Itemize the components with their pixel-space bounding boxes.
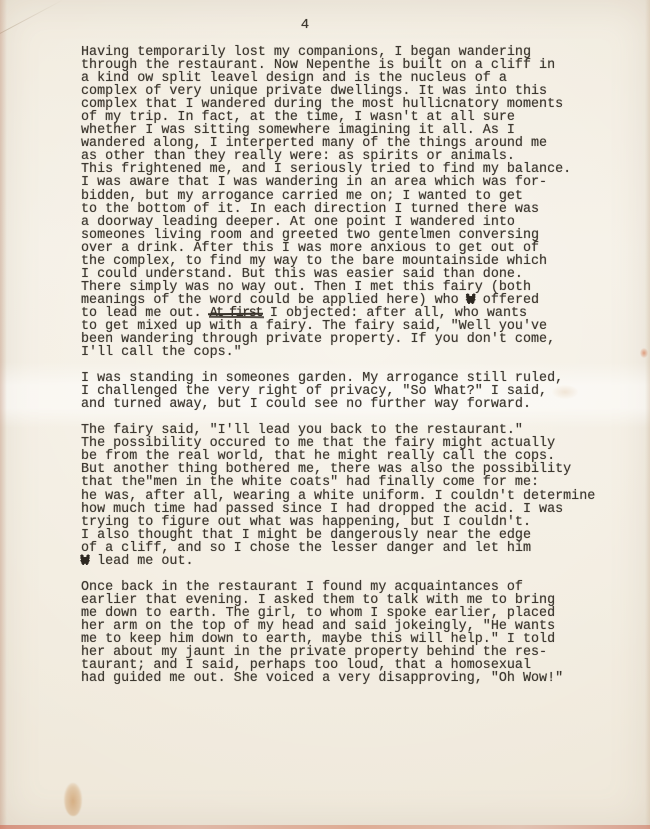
paragraph: Having temporarily lost my companions, I… bbox=[81, 46, 632, 359]
text-line: someones living room and greeted two gen… bbox=[81, 229, 632, 242]
text-line: her arm on the top of my head and said j… bbox=[81, 620, 632, 633]
struck-out-text: At first bbox=[210, 307, 262, 320]
document-body: Having temporarily lost my companions, I… bbox=[81, 46, 632, 698]
text-line: the complex, to find my way to the bare … bbox=[81, 255, 632, 268]
text-line: ₩ lead me out. bbox=[81, 555, 632, 568]
text-line: how much time had passed since I had dro… bbox=[81, 503, 632, 516]
text-line: he was, after all, wearing a white unifo… bbox=[81, 490, 632, 503]
paragraph: The fairy said, "I'll lead you back to t… bbox=[81, 424, 632, 568]
scanned-typewritten-page: 4 Having temporarily lost my companions,… bbox=[0, 0, 650, 829]
text-line: bidden, but my arrogance carried me on; … bbox=[81, 190, 632, 203]
text-line: a doorway leading deeper. At one point I… bbox=[81, 216, 632, 229]
paper-stain-right-edge bbox=[640, 348, 648, 358]
paragraph: I was standing in someones garden. My ar… bbox=[81, 372, 632, 411]
text-line: There simply was no way out. Then I met … bbox=[81, 281, 632, 294]
page-number: 4 bbox=[0, 17, 610, 33]
ink-blot: ₩ bbox=[81, 554, 89, 569]
text-line: and turned away, but I could see no furt… bbox=[81, 398, 632, 411]
text-line: I was aware that I was wandering in an a… bbox=[81, 176, 632, 189]
scan-edge-right bbox=[645, 0, 650, 829]
text-line: earlier that evening. I asked them to ta… bbox=[81, 594, 632, 607]
text-line: to the bottom of it. In each direction I… bbox=[81, 203, 632, 216]
text-line: over a drink. After this I was more anxi… bbox=[81, 242, 632, 255]
scan-edge-left bbox=[0, 0, 7, 829]
text-line: I could understand. But this was easier … bbox=[81, 268, 632, 281]
text-line: had guided me out. She voiced a very dis… bbox=[81, 672, 632, 685]
paragraph: Once back in the restaurant I found my a… bbox=[81, 581, 632, 685]
paper-stain-bottom-left bbox=[64, 783, 82, 816]
text-line: me down to earth. The girl, to whom I sp… bbox=[81, 607, 632, 620]
text-line: Once back in the restaurant I found my a… bbox=[81, 581, 632, 594]
text-line: meanings of the word could be applied he… bbox=[81, 294, 632, 307]
text-line: that the"men in the white coats" had fin… bbox=[81, 476, 632, 489]
scan-edge-bottom bbox=[0, 825, 650, 829]
text-line: trying to figure out what was happening,… bbox=[81, 516, 632, 529]
text-line: I'll call the cops." bbox=[81, 346, 632, 359]
text-line: I also thought that I might be dangerous… bbox=[81, 529, 632, 542]
text-line: of a cliff, and so I chose the lesser da… bbox=[81, 542, 632, 555]
